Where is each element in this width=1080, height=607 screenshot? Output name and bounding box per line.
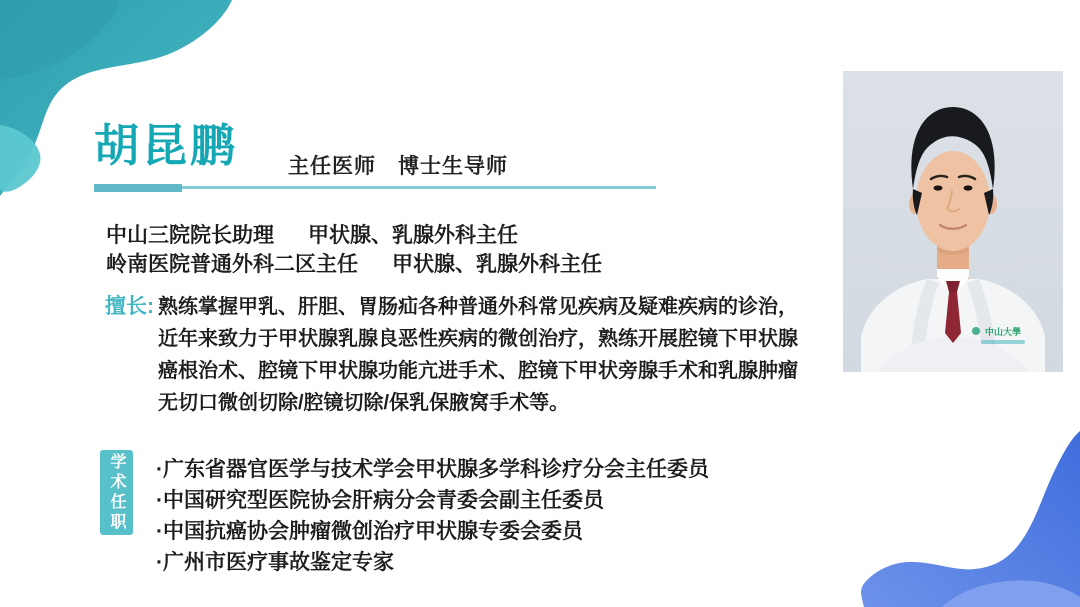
doctor-name: 胡昆鹏 (94, 121, 238, 171)
position-dept: 甲状腺、乳腺外科主任 (308, 224, 518, 247)
doctor-photo: 中山大學 (843, 71, 1063, 372)
coat-logo-text: 中山大學 (985, 326, 1021, 337)
expertise-label: 擅长: (105, 291, 158, 323)
divider-thin-line (182, 186, 656, 189)
position-row: 中山三院院长助理甲状腺、乳腺外科主任 (106, 221, 602, 250)
expertise-line: 无切口微创切除/腔镜切除/保乳保腋窝手术等。 (158, 387, 798, 419)
doctor-titles: 主任医师 博士生导师 (288, 150, 508, 180)
position-role: 中山三院院长助理 (106, 224, 274, 247)
academic-item: ·中国研究型医院协会肝病分会青委会副主任委员 (156, 485, 709, 516)
academic-item: ·中国抗癌协会肿瘤微创治疗甲状腺专委会委员 (156, 516, 709, 547)
doctor-portrait-illustration: 中山大學 (843, 71, 1063, 372)
academic-list: ·广东省器官医学与技术学会甲状腺多学科诊疗分会主任委员 ·中国研究型医院协会肝病… (156, 454, 709, 578)
coat-logo-subline (981, 340, 1025, 344)
position-row: 岭南医院普通外科二区主任甲状腺、乳腺外科主任 (106, 250, 602, 279)
coat-emblem-icon (972, 327, 980, 335)
name-divider (94, 183, 656, 192)
academic-item: ·广东省器官医学与技术学会甲状腺多学科诊疗分会主任委员 (156, 454, 709, 485)
academic-badge: 学术任职 (100, 450, 133, 535)
position-role: 岭南医院普通外科二区主任 (106, 253, 358, 276)
expertise-text: 熟练掌握甲乳、肝胆、胃肠疝各种普通外科常见疾病及疑难疾病的诊治， 近年来致力于甲… (158, 291, 798, 419)
expertise-block: 擅长: 熟练掌握甲乳、肝胆、胃肠疝各种普通外科常见疾病及疑难疾病的诊治， 近年来… (105, 291, 798, 419)
teal-corner-decoration (0, 0, 260, 210)
expertise-line: 近年来致力于甲状腺乳腺良恶性疾病的微创治疗，熟练开展腔镜下甲状腺 (158, 323, 798, 355)
divider-thick-bar (94, 184, 182, 192)
positions-block: 中山三院院长助理甲状腺、乳腺外科主任 岭南医院普通外科二区主任甲状腺、乳腺外科主… (106, 221, 602, 279)
academic-item: ·广州市医疗事故鉴定专家 (156, 547, 709, 578)
expertise-line: 熟练掌握甲乳、肝胆、胃肠疝各种普通外科常见疾病及疑难疾病的诊治， (158, 291, 798, 323)
doctor-profile-card: 胡昆鹏 主任医师 博士生导师 中山三院院长助理甲状腺、乳腺外科主任 岭南医院普通… (0, 0, 1080, 607)
expertise-line: 癌根治术、腔镜下甲状腺功能亢进手术、腔镜下甲状旁腺手术和乳腺肿瘤 (158, 355, 798, 387)
position-dept: 甲状腺、乳腺外科主任 (392, 253, 602, 276)
blue-corner-decoration (850, 427, 1080, 607)
